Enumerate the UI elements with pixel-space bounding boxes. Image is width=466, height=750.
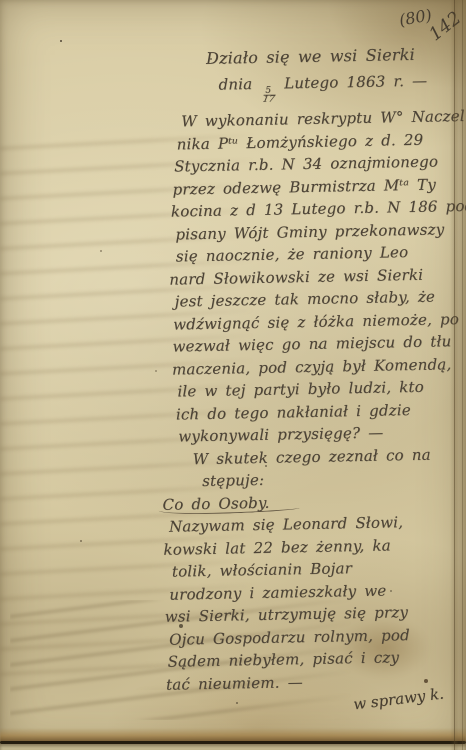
foxing-specks: [60, 40, 62, 42]
right-edge-crease: [454, 0, 455, 750]
date-suffix: Lutego 1863 r. —: [284, 72, 427, 93]
manuscript-text-block: Działo się we wsi Sierki dnia 517 Lutego…: [152, 41, 464, 696]
right-page-edge: [450, 0, 466, 750]
right-edge-crease: [462, 0, 463, 750]
section-heading: Co do Osoby.: [162, 491, 269, 516]
date-prefix: dnia: [218, 75, 252, 94]
dateline-date: dnia 517 Lutego 1863 r. —: [218, 67, 452, 97]
page-bottom-stain: [0, 728, 466, 742]
date-fraction: 517: [262, 87, 274, 104]
manuscript-photo: (80) 142 Działo się we wsi Sierki dnia 5…: [0, 0, 466, 750]
next-page-strip: [0, 744, 466, 750]
